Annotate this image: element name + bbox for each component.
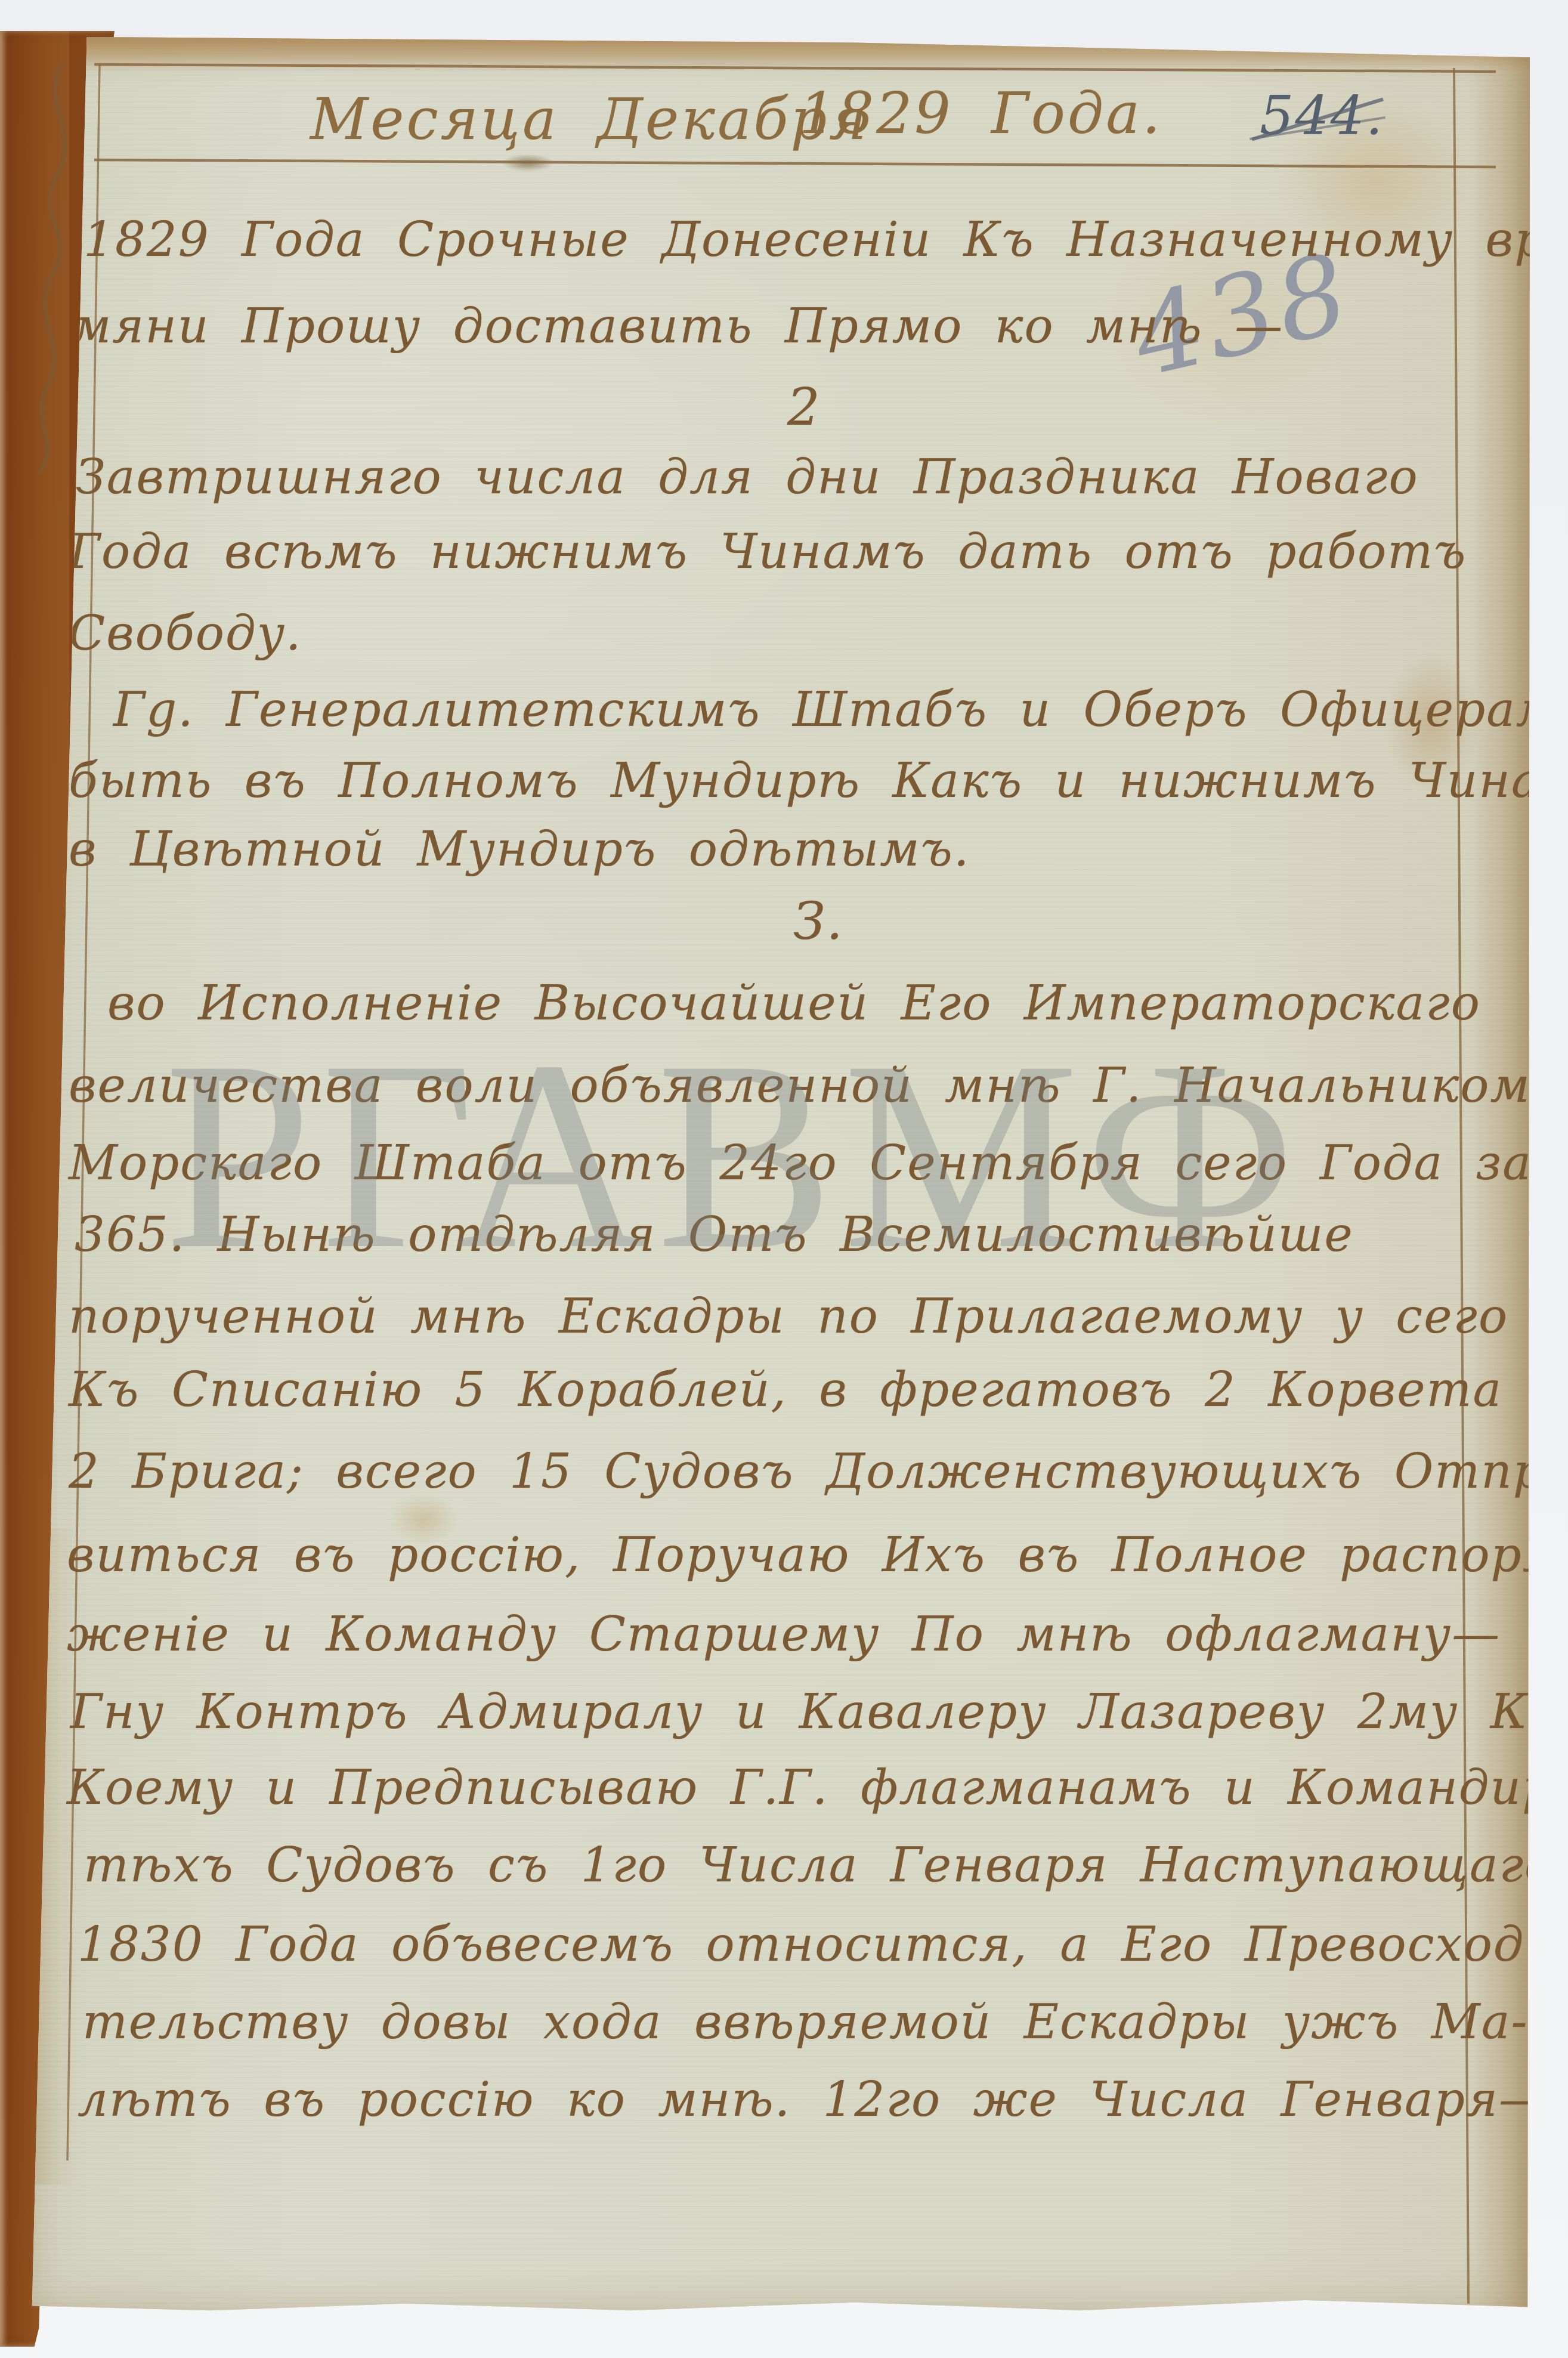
manuscript-line: Года всѣмъ нижнимъ Чинамъ дать отъ работ… [69, 527, 1467, 577]
manuscript-line: З. [793, 895, 844, 948]
manuscript-line: Гg. Генералитетскимъ Штабъ и Оберъ Офице… [113, 685, 1568, 735]
manuscript-line: 1829 Года Срочные Донесенiи Къ Назначенн… [83, 215, 1568, 265]
manuscript-line: лѣтъ въ россiю ко мнѣ. 12го же Числа Ген… [78, 2075, 1548, 2125]
manuscript-line: 2 Брига; всего 15 Судовъ Долженствующихъ… [69, 1447, 1568, 1497]
manuscript-line: Морскаго Штаба отъ 24го Сентября сего Го… [69, 1138, 1568, 1188]
manuscript-line: во Исполненiе Высочайшей Его Императорск… [107, 978, 1481, 1028]
manuscript-line: Гну Контръ Адмиралу и Кавалеру Лазареву … [70, 1687, 1561, 1737]
manuscript-line: мяни Прошу доставить Прямо ко мнѣ — [72, 301, 1284, 351]
manuscript-line: Завтришняго числа для дни Праздника Нова… [76, 452, 1419, 502]
manuscript-line: 365. Нынѣ отдѣляя Отъ Всемилостивѣйше [75, 1210, 1354, 1260]
manuscript-page: Месяца Декабря 1829 Года. 544. 438 1829 … [30, 37, 1530, 2313]
manuscript-line: в Цвѣтной Мундиръ одѣтымъ. [69, 824, 970, 874]
manuscript-line: Свободу. [69, 608, 302, 659]
manuscript-line: быть въ Полномъ Мундирѣ Какъ и нижнимъ Ч… [69, 756, 1568, 806]
manuscript-line: тѣхъ Судовъ съ 1го Числа Генваря Наступа… [83, 1840, 1568, 1890]
manuscript-line: женiе и Команду Старшему По мнѣ офлагман… [67, 1609, 1501, 1659]
manuscript-line: 2 [787, 381, 821, 434]
scan-background: { "watermark": "РГАВМФ", "header": { "mo… [0, 0, 1568, 2358]
manuscript-line: виться въ россiю, Поручаю Ихъ въ Полное … [67, 1530, 1568, 1580]
manuscript-line: тельству довы хода ввѣряемой Ескадры ужъ… [82, 1997, 1528, 2047]
manuscript-text-layer: 1829 Года Срочные Донесенiи Къ Назначенн… [30, 37, 1530, 2313]
manuscript-line: Коему и Предписываю Г.Г. флагманамъ и Ко… [67, 1763, 1568, 1813]
manuscript-line: величества воли объявленной мнѣ Г. Начал… [69, 1061, 1564, 1111]
manuscript-line: порученной мнѣ Ескадры по Прилагаемому у… [69, 1291, 1508, 1342]
manuscript-line: Къ Списанiю 5 Кораблей, в фрегатовъ 2 Ко… [69, 1365, 1566, 1415]
manuscript-line: 1830 Года объвесемъ относится, а Его Пре… [78, 1920, 1557, 1970]
